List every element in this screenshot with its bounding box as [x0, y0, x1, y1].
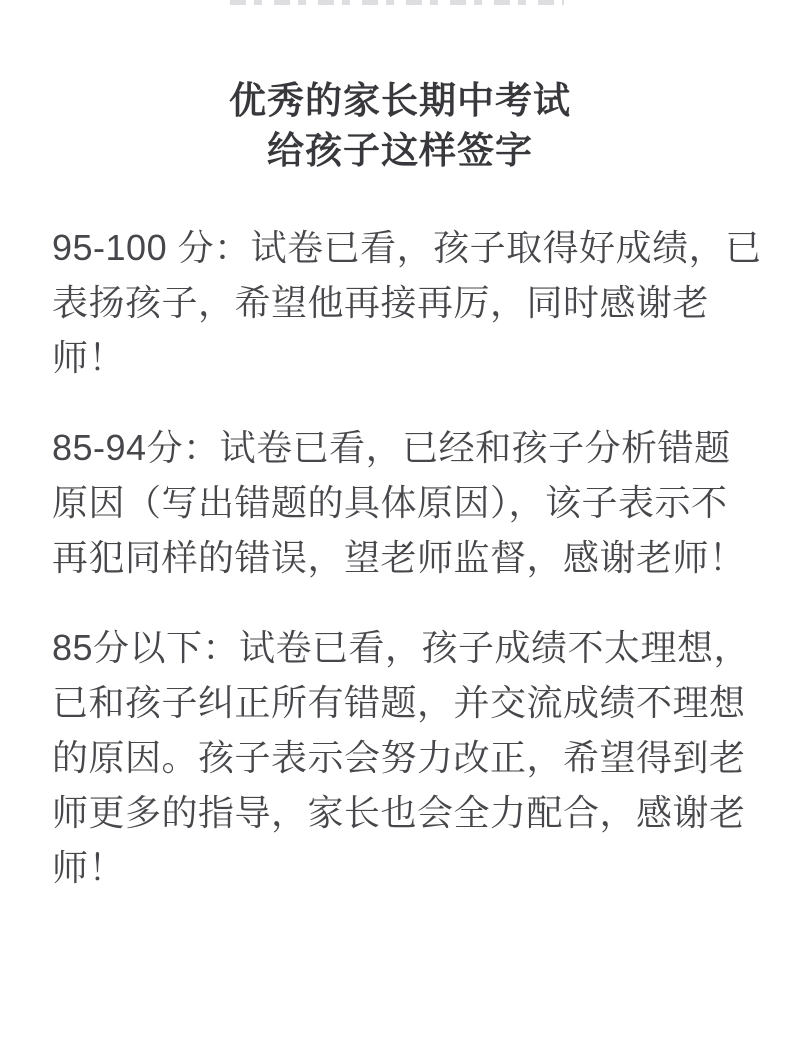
text-line: 已和孩子纠正所有错题，并交流成绩不理想 [52, 675, 752, 730]
text-line: 的原因。孩子表示会努力改正，希望得到老 [52, 730, 752, 785]
page-title: 优秀的家长期中考试 给孩子这样签字 [0, 76, 800, 176]
paragraph-85-94: 85-94分：试卷已看，已经和孩子分析错题 原因（写出错题的具体原因），该子表示… [52, 420, 752, 585]
signature-guide-content: 95-100 分：试卷已看，孩子取得好成绩，已 表扬孩子，希望他再接再厉，同时感… [52, 220, 752, 930]
text-line: 85-94分：试卷已看，已经和孩子分析错题 [52, 420, 752, 475]
text-line: 95-100 分：试卷已看，孩子取得好成绩，已 [52, 220, 752, 275]
text-line: 师！ [52, 840, 752, 895]
text-line: 师更多的指导，家长也会全力配合，感谢老 [52, 785, 752, 840]
paragraph-below-85: 85分以下：试卷已看，孩子成绩不太理想， 已和孩子纠正所有错题，并交流成绩不理想… [52, 620, 752, 895]
text-line: 再犯同样的错误，望老师监督，感谢老师！ [52, 530, 752, 585]
text-line: 表扬孩子，希望他再接再厉，同时感谢老 [52, 275, 752, 330]
text-line: 85分以下：试卷已看，孩子成绩不太理想， [52, 620, 752, 675]
paragraph-95-100: 95-100 分：试卷已看，孩子取得好成绩，已 表扬孩子，希望他再接再厉，同时感… [52, 220, 752, 385]
title-line-2: 给孩子这样签字 [0, 126, 800, 176]
title-line-1: 优秀的家长期中考试 [0, 76, 800, 126]
poster-page: 优秀的家长期中考试 给孩子这样签字 95-100 分：试卷已看，孩子取得好成绩，… [0, 0, 800, 1045]
text-line: 师！ [52, 330, 752, 385]
text-line: 原因（写出错题的具体原因），该子表示不 [52, 475, 752, 530]
cropped-top-text-fragments [230, 0, 564, 5]
